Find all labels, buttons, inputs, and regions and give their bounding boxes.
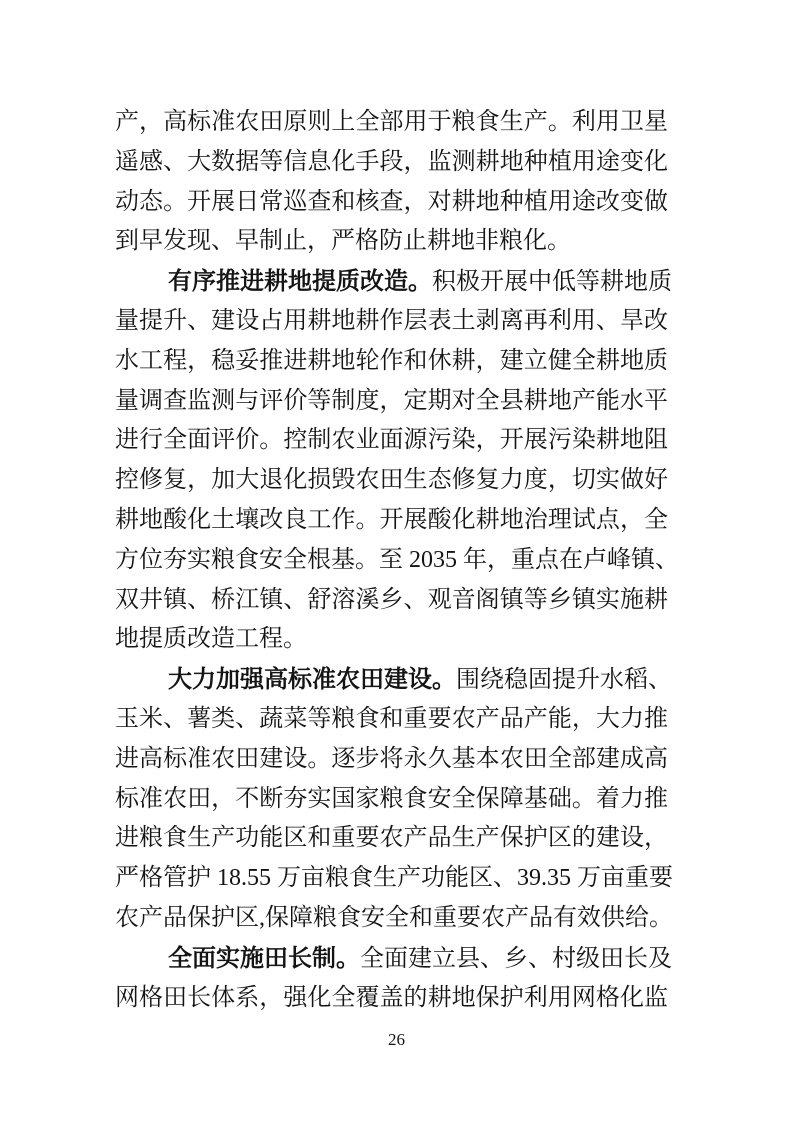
text-run: 围绕稳固提升水稻、 — [456, 667, 672, 693]
text-line: 玉米、薯类、蔬菜等粮食和重要农产品产能，大力推 — [115, 700, 668, 740]
text-line: 遥感、大数据等信息化手段，监测耕地种植用途变化 — [115, 143, 668, 183]
text-line: 到早发现、早制止，严格防止耕地非粮化。 — [115, 222, 668, 262]
text-run: 农产品保护区,保障粮食安全和重要农产品有效供给。 — [115, 905, 673, 931]
page-number: 26 — [0, 1030, 793, 1050]
text-line: 双井镇、桥江镇、舒溶溪乡、观音阁镇等乡镇实施耕 — [115, 581, 668, 621]
text-run: 方位夯实粮食安全根基。至 2035 年，重点在卢峰镇、 — [115, 547, 679, 573]
text-run: 量调查监测与评价等制度，定期对全县耕地产能水平 — [115, 388, 668, 414]
document-page: 产，高标准农田原则上全部用于粮食生产。利用卫星遥感、大数据等信息化手段，监测耕地… — [0, 0, 793, 1122]
text-line: 动态。开展日常巡查和核查，对耕地种植用途改变做 — [115, 183, 668, 223]
text-run: 遥感、大数据等信息化手段，监测耕地种植用途变化 — [115, 149, 668, 175]
text-run: 进粮食生产功能区和重要农产品生产保护区的建设， — [115, 825, 668, 851]
text-line: 全面实施田长制。全面建立县、乡、村级田长及 — [115, 939, 668, 979]
text-line: 网格田长体系，强化全覆盖的耕地保护利用网格化监 — [115, 979, 668, 1019]
text-line: 有序推进耕地提质改造。积极开展中低等耕地质 — [115, 262, 668, 302]
text-run: 进高标准农田建设。逐步将永久基本农田全部建成高 — [115, 746, 668, 772]
paragraph-lead-bold: 大力加强高标准农田建设。 — [168, 666, 456, 693]
text-run: 积极开展中低等耕地质 — [432, 269, 672, 295]
text-run: 水工程，稳妥推进耕地轮作和休耕，建立健全耕地质 — [115, 348, 668, 374]
text-run: 全面建立县、乡、村级田长及 — [360, 946, 672, 972]
paragraph-lead-bold: 有序推进耕地提质改造。 — [168, 268, 432, 295]
text-line: 耕地酸化土壤改良工作。开展酸化耕地治理试点，全 — [115, 501, 668, 541]
text-run: 耕地酸化土壤改良工作。开展酸化耕地治理试点，全 — [115, 507, 668, 533]
text-run: 动态。开展日常巡查和核查，对耕地种植用途改变做 — [115, 189, 668, 215]
text-run: 控修复，加大退化损毁农田生态修复力度，切实做好 — [115, 467, 668, 493]
text-line: 控修复，加大退化损毁农田生态修复力度，切实做好 — [115, 461, 668, 501]
text-line: 产，高标准农田原则上全部用于粮食生产。利用卫星 — [115, 103, 668, 143]
paragraph-lead-bold: 全面实施田长制。 — [168, 945, 360, 972]
text-run: 到早发现、早制止，严格防止耕地非粮化。 — [115, 228, 571, 254]
text-line: 进高标准农田建设。逐步将永久基本农田全部建成高 — [115, 740, 668, 780]
text-run: 玉米、薯类、蔬菜等粮食和重要农产品产能，大力推 — [115, 706, 668, 732]
text-run: 产，高标准农田原则上全部用于粮食生产。利用卫星 — [115, 109, 668, 135]
text-line: 严格管护 18.55 万亩粮食生产功能区、39.35 万亩重要 — [115, 859, 668, 899]
text-line: 水工程，稳妥推进耕地轮作和休耕，建立健全耕地质 — [115, 342, 668, 382]
text-run: 标准农田，不断夯实国家粮食安全保障基础。着力推 — [115, 786, 668, 812]
text-line: 进行全面评价。控制农业面源污染，开展污染耕地阻 — [115, 421, 668, 461]
text-run: 网格田长体系，强化全覆盖的耕地保护利用网格化监 — [115, 985, 668, 1011]
text-line: 大力加强高标准农田建设。围绕稳固提升水稻、 — [115, 660, 668, 700]
text-line: 量提升、建设占用耕地耕作层表土剥离再利用、旱改 — [115, 302, 668, 342]
text-run: 进行全面评价。控制农业面源污染，开展污染耕地阻 — [115, 427, 668, 453]
text-line: 量调查监测与评价等制度，定期对全县耕地产能水平 — [115, 382, 668, 422]
body-text: 产，高标准农田原则上全部用于粮食生产。利用卫星遥感、大数据等信息化手段，监测耕地… — [115, 103, 668, 1018]
text-line: 农产品保护区,保障粮食安全和重要农产品有效供给。 — [115, 899, 668, 939]
text-line: 地提质改造工程。 — [115, 620, 668, 660]
text-run: 双井镇、桥江镇、舒溶溪乡、观音阁镇等乡镇实施耕 — [115, 587, 668, 613]
text-run: 严格管护 18.55 万亩粮食生产功能区、39.35 万亩重要 — [115, 865, 673, 891]
text-line: 标准农田，不断夯实国家粮食安全保障基础。着力推 — [115, 780, 668, 820]
text-run: 地提质改造工程。 — [115, 626, 307, 652]
text-run: 量提升、建设占用耕地耕作层表土剥离再利用、旱改 — [115, 308, 668, 334]
text-line: 方位夯实粮食安全根基。至 2035 年，重点在卢峰镇、 — [115, 541, 668, 581]
text-line: 进粮食生产功能区和重要农产品生产保护区的建设， — [115, 819, 668, 859]
